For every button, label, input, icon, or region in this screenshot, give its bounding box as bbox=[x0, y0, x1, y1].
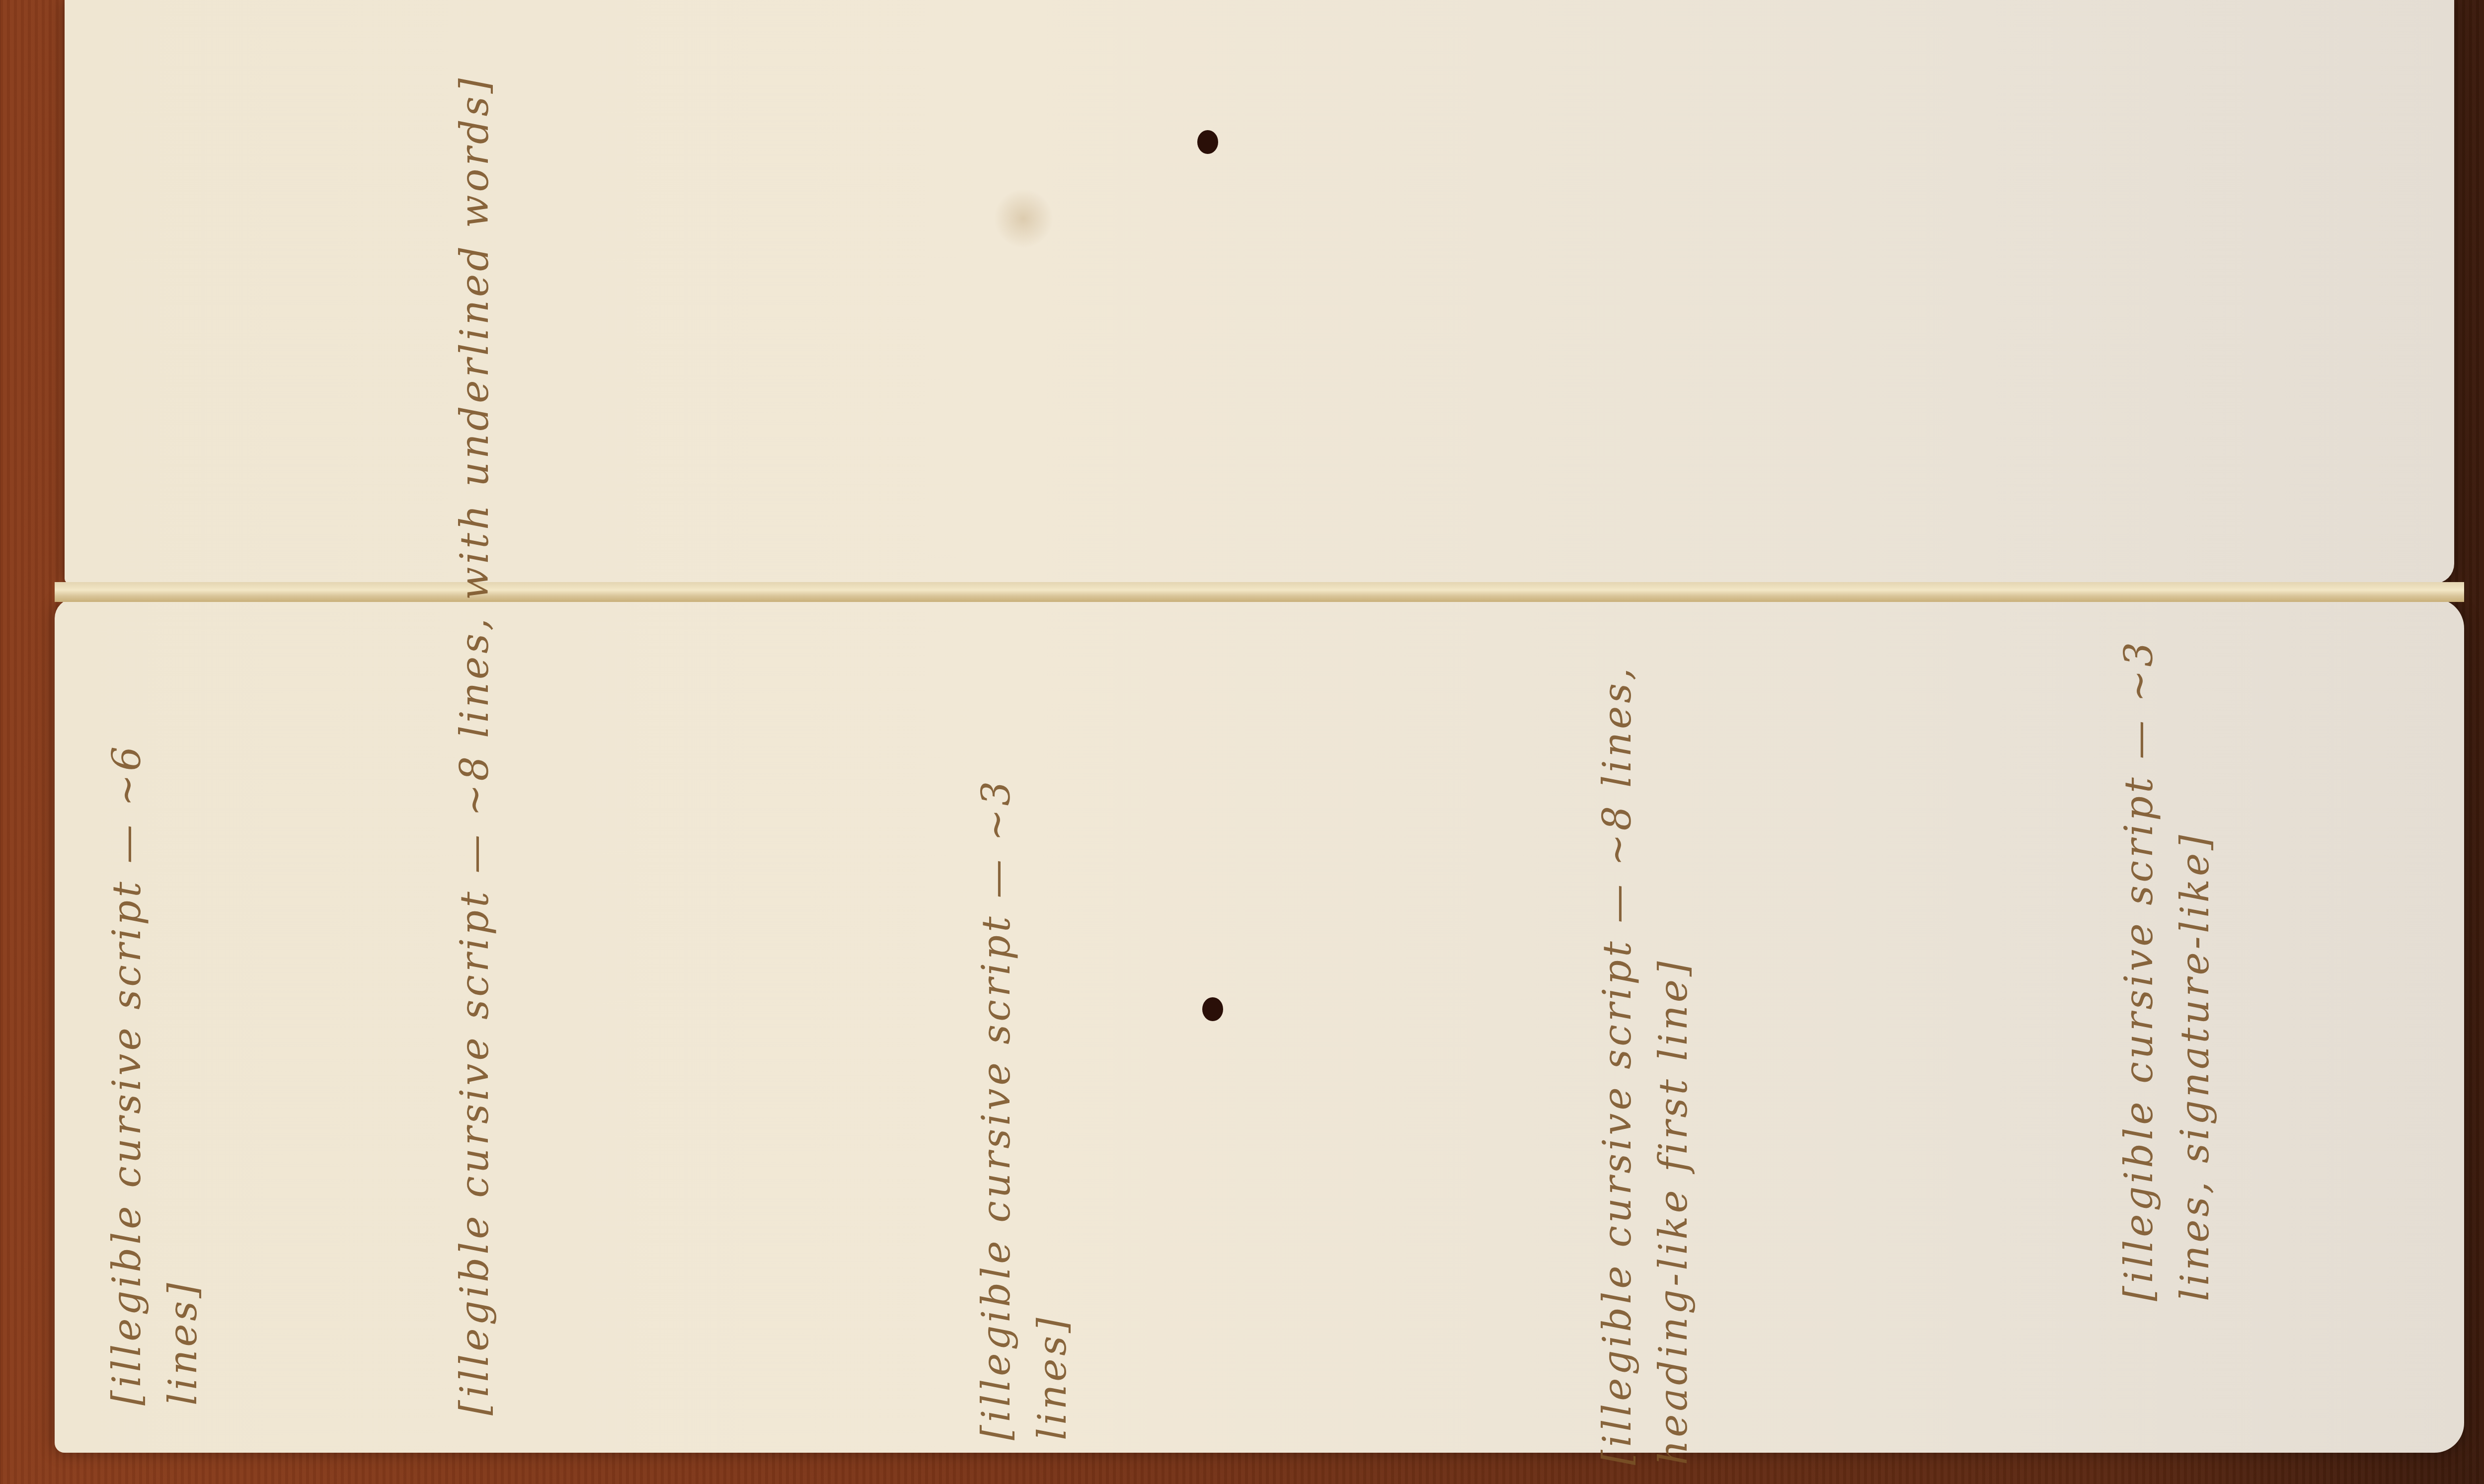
text-block-4: [illegible cursive script — ~8 lines, he… bbox=[1590, 646, 1962, 1465]
manuscript-leaf-lower bbox=[55, 598, 2464, 1453]
ink-blot bbox=[994, 189, 1053, 248]
text-block-5: [illegible cursive script — ~3 lines, si… bbox=[2111, 606, 2320, 1301]
text-block-3: [illegible cursive script — ~3 lines] bbox=[969, 695, 1128, 1440]
manuscript-leaf-upper bbox=[65, 0, 2454, 584]
text-block-1: [illegible cursive script — ~6 lines] bbox=[99, 611, 378, 1406]
text-block-2: [illegible cursive script — ~8 lines, wi… bbox=[447, 74, 894, 1415]
binding-hole-lower bbox=[1202, 997, 1223, 1021]
binding-hole-upper bbox=[1197, 130, 1218, 154]
fold-line bbox=[55, 582, 2464, 602]
